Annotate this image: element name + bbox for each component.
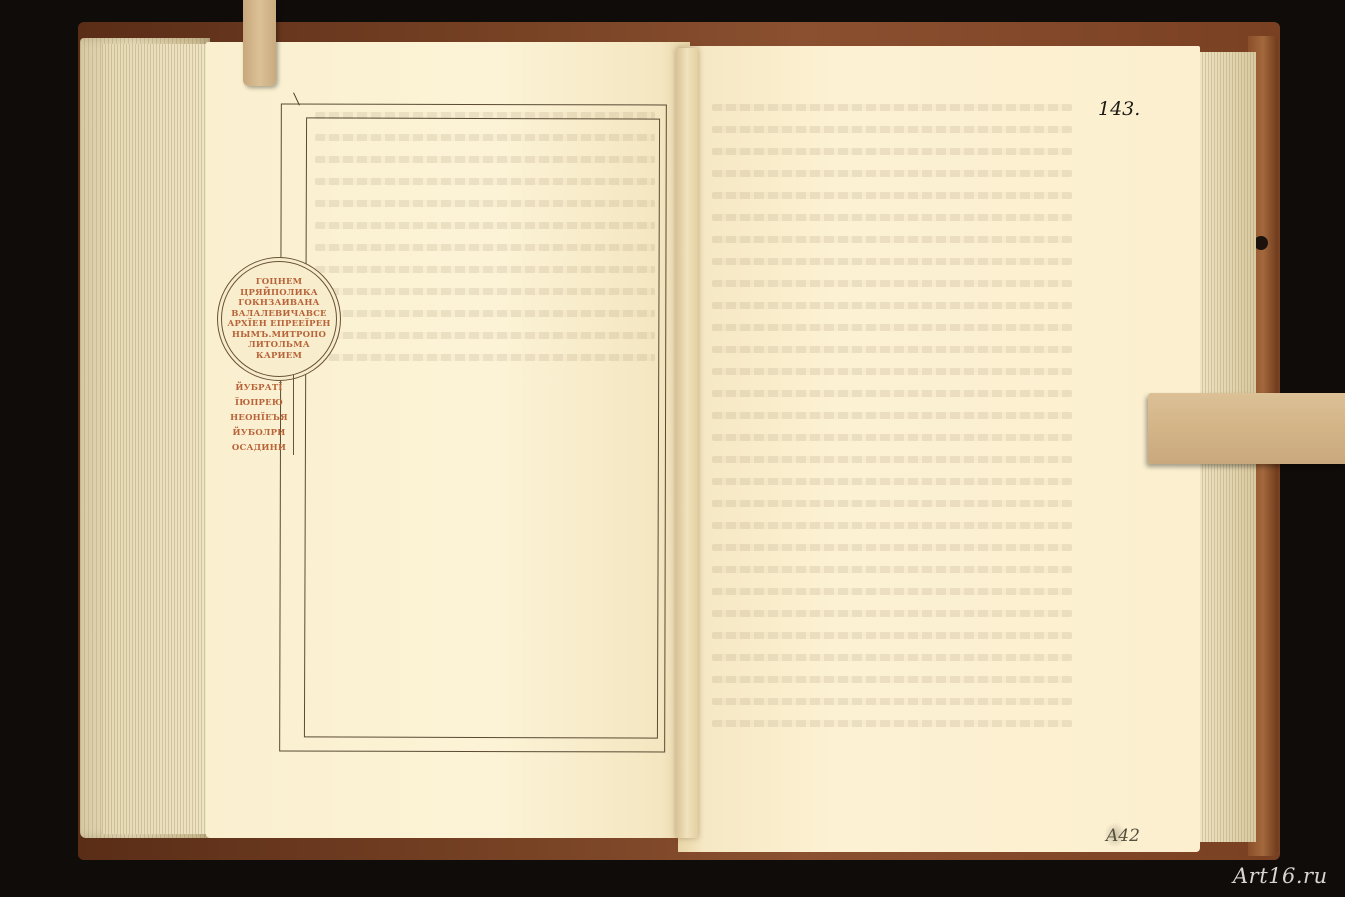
watermark: Art16.ru bbox=[1233, 864, 1328, 888]
wooden-bookmark-right bbox=[1148, 393, 1345, 464]
book-gutter bbox=[676, 48, 698, 838]
seal-inscription-line: ГОЦНЕМ bbox=[256, 277, 303, 288]
seal-inscription-line: ГОКНЗАИВАНА bbox=[238, 298, 319, 309]
clasp-hole bbox=[1254, 236, 1268, 250]
seal-caption-line: ОСАДИНИ bbox=[232, 441, 286, 456]
wooden-bookmark-top bbox=[243, 0, 276, 86]
ruled-frame-inner bbox=[304, 117, 660, 738]
seal-inscription-line: ЛИТОЛЬМА bbox=[248, 340, 310, 351]
seal-inscription-line: НЫМЪ.МИТРОПО bbox=[232, 330, 326, 341]
seal-caption-line: ЙУБРАТЇ bbox=[235, 381, 282, 396]
seal-caption-line: ЙУБОЛРИ bbox=[233, 426, 286, 441]
book-photo: ГОЦНЕМ ЦРЯЙПОЛИКА ГОКНЗАИВАНА ВАЛАЛЕВИЧА… bbox=[0, 0, 1345, 897]
folio-number-bottom: A42 bbox=[1106, 826, 1140, 846]
seal-caption-line: ЇЮПРЕЮ bbox=[235, 396, 283, 411]
seal-drawing: ГОЦНЕМ ЦРЯЙПОЛИКА ГОКНЗАИВАНА ВАЛАЛЕВИЧА… bbox=[221, 261, 337, 377]
seal-caption-line: НЕОНЇЕЪЯ bbox=[230, 411, 288, 426]
right-page-showthrough-text bbox=[712, 104, 1072, 742]
seal-caption: ЙУБРАТЇ ЇЮПРЕЮ НЕОНЇЕЪЯ ЙУБОЛРИ ОСАДИНИ bbox=[228, 381, 290, 456]
folio-number-top: 143. bbox=[1098, 98, 1140, 120]
seal-stem-line bbox=[293, 375, 294, 455]
seal-inscription-line: ЦРЯЙПОЛИКА bbox=[240, 288, 318, 299]
seal-inscription-line: ВАЛАЛЕВИЧАВСЕ bbox=[231, 309, 326, 320]
seal-inscription-line: АРХЇЕН ЕПРЕЕЇРЕН bbox=[227, 319, 330, 330]
left-page-stack-inner bbox=[102, 44, 208, 834]
seal-inscription-line: КАРИЕМ bbox=[256, 351, 302, 362]
